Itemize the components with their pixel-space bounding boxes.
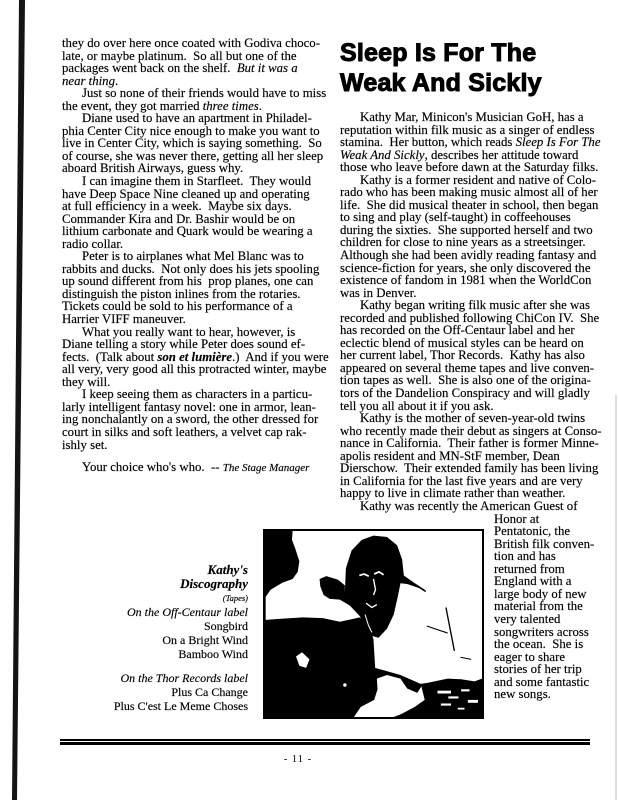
italic-text: The Stage Manager — [223, 462, 310, 474]
headline-line-1: Sleep Is For The — [340, 38, 542, 68]
text-run: ishly set. — [62, 438, 108, 452]
right-column-text: Kathy Mar, Minicon's Musician GoH, has a… — [340, 111, 595, 513]
headline-line-2: Weak And Sickly — [340, 68, 542, 98]
label-name: On the Thor Records label — [114, 671, 248, 685]
text-run: Your choice who's who. -- — [82, 460, 223, 474]
discography-group-thor-records: On the Thor Records label Plus Ca Change… — [114, 671, 248, 713]
discography-group-off-centaur: On the Off-Centaur label Songbird On a B… — [114, 605, 248, 661]
discography-sidebar: Kathy's Discography (Tapes) On the Off-C… — [114, 563, 248, 713]
article-headline: Sleep Is For The Weak And Sickly — [340, 38, 542, 98]
album-title: Plus Ca Change — [114, 685, 248, 699]
magazine-page: Sleep Is For The Weak And Sickly they do… — [0, 0, 618, 800]
kathy-mar-photo — [263, 529, 484, 719]
discography-title-line-2: Discography — [114, 577, 248, 591]
label-name: On the Off-Centaur label — [114, 605, 248, 619]
album-title: On a Bright Wind — [114, 633, 248, 647]
text-run: Kathy was recently the American Guest of — [360, 499, 577, 513]
page-number: - 11 - — [268, 753, 328, 767]
left-column-text: they do over here once coated with Godiv… — [62, 37, 330, 451]
footer-rule-thin — [60, 739, 590, 741]
text-run: new songs. — [494, 687, 551, 701]
album-title: Songbird — [114, 619, 248, 633]
discography-format: (Tapes) — [114, 591, 248, 605]
italic-text: But it was a — [237, 61, 298, 75]
stage-manager-signoff: Your choice who's who. -- The Stage Mana… — [62, 461, 330, 474]
discography-title-line-1: Kathy's — [114, 563, 248, 577]
text-line: Your choice who's who. -- The Stage Mana… — [62, 461, 330, 474]
album-title: Bamboo Wind — [114, 647, 248, 661]
text-line: new songs. — [494, 688, 594, 701]
album-title: Plus C'est Le Meme Choses — [114, 699, 248, 713]
right-narrow-column-text: Honor atPentatonic, theBritish filk conv… — [494, 513, 594, 701]
footer-rule-thick — [60, 742, 590, 745]
text-line: ishly set. — [62, 439, 330, 452]
text-line: Kathy was recently the American Guest of — [340, 500, 595, 513]
photo-image — [265, 531, 482, 717]
